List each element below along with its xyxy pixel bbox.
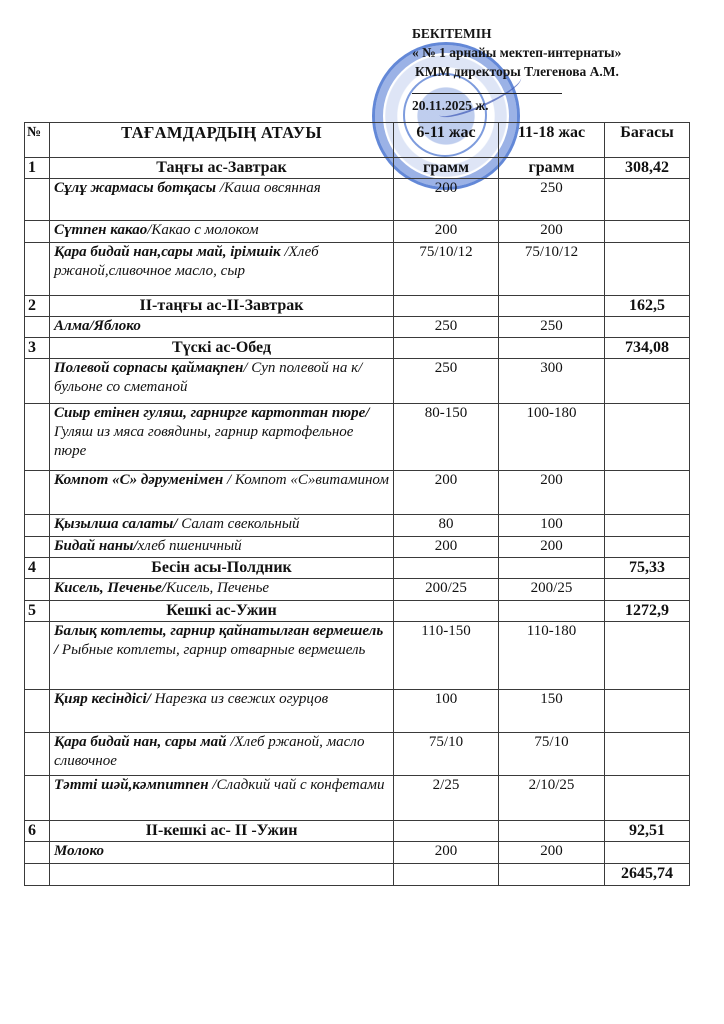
qty-11-18: 250 (499, 317, 605, 338)
qty-6-11: 250 (394, 317, 499, 338)
qty-6-11: 100 (394, 690, 499, 733)
table-row: Сүтпен какао/Какао с молоком 200 200 (25, 221, 690, 243)
table-row: Қара бидай нан,сары май, ірімшік /Хлеб р… (25, 243, 690, 296)
section-price: 734,08 (605, 338, 690, 359)
section-row: 5 Кешкі ас-Ужин 1272,9 (25, 601, 690, 622)
section-price: 1272,9 (605, 601, 690, 622)
signature-line (412, 83, 562, 94)
qty-11-18: 200 (499, 221, 605, 243)
table-row: Қияр кесіндісі/ Нарезка из свежих огурцо… (25, 690, 690, 733)
header-age-6-11: 6-11 жас (394, 123, 499, 158)
qty-11-18: 150 (499, 690, 605, 733)
table-row: Бидай наны/хлеб пшеничный 200 200 (25, 537, 690, 558)
approval-director: КММ директоры Тлегенова А.М. (415, 62, 712, 81)
section-title: Кешкі ас-Ужин (50, 601, 394, 622)
dish-name: Сүтпен какао/Какао с молоком (50, 221, 394, 243)
menu-table: № ТАҒАМДАРДЫҢ АТАУЫ 6-11 жас 11-18 жас Б… (24, 122, 690, 886)
section-row: 3 Түскі ас-Обед 734,08 (25, 338, 690, 359)
header-dish-name: ТАҒАМДАРДЫҢ АТАУЫ (50, 123, 394, 158)
section-row: 1 Таңғы ас-Завтрак грамм грамм 308,42 (25, 158, 690, 179)
qty-6-11: 80 (394, 515, 499, 537)
table-row: Полевой сорпасы қаймақпен/ Суп полевой н… (25, 359, 690, 404)
section-price: 308,42 (605, 158, 690, 179)
section-title: ІІ-таңғы ас-ІІ-Завтрак (50, 296, 394, 317)
dish-name: Полевой сорпасы қаймақпен/ Суп полевой н… (50, 359, 394, 404)
dish-name: Компот «С» дәруменімен / Компот «С»витам… (50, 471, 394, 515)
dish-name: Қызылша салаты/ Салат свекольный (50, 515, 394, 537)
qty-6-11: 110-150 (394, 622, 499, 690)
qty-11-18: 110-180 (499, 622, 605, 690)
dish-name: Молоко (50, 842, 394, 864)
section-num: 3 (25, 338, 50, 359)
table-row: Тәтті шәй,кәмпитпен /Сладкий чай с конфе… (25, 776, 690, 821)
table-row: Балық котлеты, гарнир қайнатылған вермеш… (25, 622, 690, 690)
qty-11-18: 200 (499, 537, 605, 558)
qty-11-18: 200 (499, 471, 605, 515)
header-num: № (25, 123, 50, 158)
table-header-row: № ТАҒАМДАРДЫҢ АТАУЫ 6-11 жас 11-18 жас Б… (25, 123, 690, 158)
qty-11-18: 250 (499, 179, 605, 221)
section-price: 75,33 (605, 558, 690, 579)
approval-organization: « № 1 арнайы мектеп-интернаты» (412, 43, 712, 62)
section-price: 162,5 (605, 296, 690, 317)
qty-6-11: 75/10/12 (394, 243, 499, 296)
qty-11-18: 75/10 (499, 733, 605, 776)
dish-name: Сұлұ жармасы ботқасы /Каша овсянная (50, 179, 394, 221)
dish-name: Тәтті шәй,кәмпитпен /Сладкий чай с конфе… (50, 776, 394, 821)
section-row: 2 ІІ-таңғы ас-ІІ-Завтрак 162,5 (25, 296, 690, 317)
table-row: Молоко 200 200 (25, 842, 690, 864)
total-row: 2645,74 (25, 864, 690, 886)
qty-11-18: 300 (499, 359, 605, 404)
qty-6-11: 75/10 (394, 733, 499, 776)
qty-11-18: 200/25 (499, 579, 605, 601)
section-title: Бесін асы-Полдник (50, 558, 394, 579)
dish-name: Кисель, Печенье/Кисель, Печенье (50, 579, 394, 601)
qty-6-11: 200 (394, 842, 499, 864)
qty-6-11: 200 (394, 471, 499, 515)
qty-6-11: 80-150 (394, 404, 499, 471)
table-row: Қызылша салаты/ Салат свекольный 80 100 (25, 515, 690, 537)
qty-6-11: 200/25 (394, 579, 499, 601)
section-row: 6 ІІ-кешкі ас- ІІ -Ужин 92,51 (25, 821, 690, 842)
table-row: Сиыр етінен гуляш, гарнирге картоптан пю… (25, 404, 690, 471)
dish-name: Бидай наны/хлеб пшеничный (50, 537, 394, 558)
table-row: Сұлұ жармасы ботқасы /Каша овсянная 200 … (25, 179, 690, 221)
table-row: Кисель, Печенье/Кисель, Печенье 200/25 2… (25, 579, 690, 601)
unit-label: грамм (499, 158, 605, 179)
section-title: ІІ-кешкі ас- ІІ -Ужин (50, 821, 394, 842)
table-row: Қара бидай нан, сары май /Хлеб ржаной, м… (25, 733, 690, 776)
dish-name: Қияр кесіндісі/ Нарезка из свежих огурцо… (50, 690, 394, 733)
total-price: 2645,74 (605, 864, 690, 886)
approval-title: БЕКІТЕМІН (412, 24, 712, 43)
qty-11-18: 100 (499, 515, 605, 537)
section-title: Түскі ас-Обед (50, 338, 394, 359)
qty-11-18: 75/10/12 (499, 243, 605, 296)
qty-6-11: 2/25 (394, 776, 499, 821)
dish-name: Қара бидай нан, сары май /Хлеб ржаной, м… (50, 733, 394, 776)
section-row: 4 Бесін асы-Полдник 75,33 (25, 558, 690, 579)
qty-6-11: 250 (394, 359, 499, 404)
header-age-11-18: 11-18 жас (499, 123, 605, 158)
section-title: Таңғы ас-Завтрак (50, 158, 394, 179)
unit-label: грамм (394, 158, 499, 179)
section-num: 6 (25, 821, 50, 842)
section-price: 92,51 (605, 821, 690, 842)
qty-6-11: 200 (394, 537, 499, 558)
dish-name: Балық котлеты, гарнир қайнатылған вермеш… (50, 622, 394, 690)
section-num: 2 (25, 296, 50, 317)
dish-name: Алма/Яблоко (50, 317, 394, 338)
dish-name: Қара бидай нан,сары май, ірімшік /Хлеб р… (50, 243, 394, 296)
qty-6-11: 200 (394, 179, 499, 221)
section-num: 5 (25, 601, 50, 622)
qty-11-18: 200 (499, 842, 605, 864)
table-row: Компот «С» дәруменімен / Компот «С»витам… (25, 471, 690, 515)
dish-name: Сиыр етінен гуляш, гарнирге картоптан пю… (50, 404, 394, 471)
qty-11-18: 100-180 (499, 404, 605, 471)
approval-block: БЕКІТЕМІН « № 1 арнайы мектеп-интернаты»… (412, 24, 712, 115)
qty-11-18: 2/10/25 (499, 776, 605, 821)
header-price: Бағасы (605, 123, 690, 158)
table-row: Алма/Яблоко 250 250 (25, 317, 690, 338)
section-num: 1 (25, 158, 50, 179)
section-num: 4 (25, 558, 50, 579)
approval-date: 20.11.2025 ж. (412, 96, 712, 115)
qty-6-11: 200 (394, 221, 499, 243)
